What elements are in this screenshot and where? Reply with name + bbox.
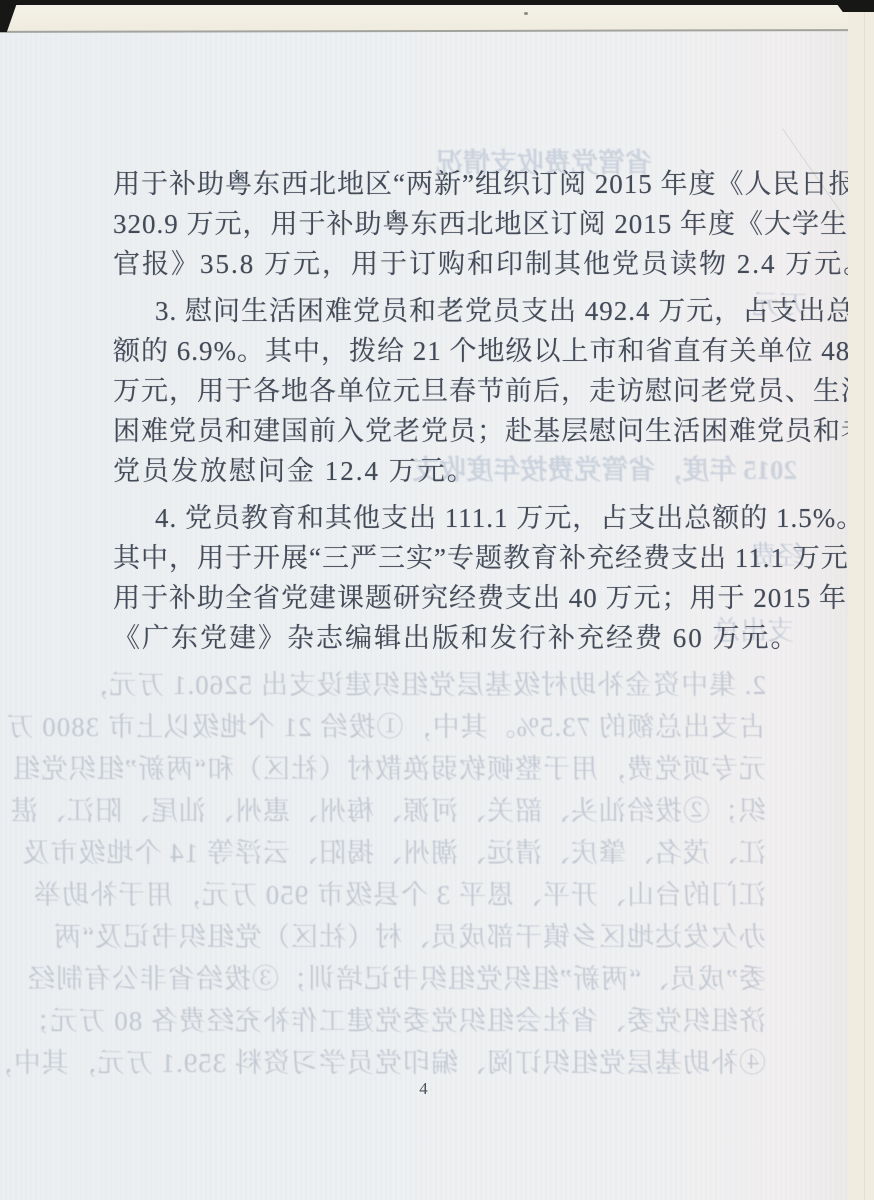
text-line: 党员发放慰问金 12.4 万元。	[113, 451, 763, 491]
text-line: 320.9 万元，用于补助粤东西北地区订阅 2015 年度《大学生村	[113, 204, 763, 244]
scanner-strip-fold-line	[864, 8, 865, 1200]
paragraph-item-3-consolation: 3. 慰问生活困难党员和老党员支出 492.4 万元，占支出总 额的 6.9%。…	[113, 291, 763, 491]
scan-background: 2. 集中资金补助村级基层党组织建设支出 5260.1 万元， 占支出总额的 7…	[0, 0, 874, 1200]
paragraph-subsidy-newspapers: 用于补助粤东西北地区“两新”组织订阅 2015 年度《人民日报》 320.9 万…	[113, 164, 763, 284]
body-text: 用于补助粤东西北地区“两新”组织订阅 2015 年度《人民日报》 320.9 万…	[113, 164, 763, 665]
scanner-background-strip-right	[848, 8, 874, 1200]
text-line: 用于补助全省党建课题研究经费支出 40 万元；用于 2015 年度	[113, 578, 763, 618]
bleed-through-block: 2. 集中资金补助村级基层党组织建设支出 5260.1 万元， 占支出总额的 7…	[104, 664, 766, 1084]
text-line: 官报》35.8 万元，用于订购和印制其他党员读物 2.4 万元。	[113, 244, 763, 284]
bleed-line: 济组织党委、省社会组织党委党建工作补充经费各 80 万元；	[104, 1000, 766, 1042]
paragraph-item-4-education: 4. 党员教育和其他支出 111.1 万元，占支出总额的 1.5%。 其中，用于…	[113, 498, 763, 658]
scanner-background-strip-top	[0, 5, 874, 31]
text-line: 用于补助粤东西北地区“两新”组织订阅 2015 年度《人民日报》	[113, 164, 763, 204]
text-line: 困难党员和建国前入党老党员；赴基层慰问生活困难党员和老	[113, 411, 763, 451]
scanned-document-page: { "document": { "page_number": "4", "par…	[0, 0, 874, 1200]
text-line: 4. 党员教育和其他支出 111.1 万元，占支出总额的 1.5%。	[113, 498, 763, 538]
paper-page: 2. 集中资金补助村级基层党组织建设支出 5260.1 万元， 占支出总额的 7…	[0, 31, 848, 1200]
scan-speck	[524, 12, 528, 15]
bleed-line: ④补助基层党组织订阅、编印党员学习资料 359.1 万元，其中，	[104, 1042, 766, 1084]
text-line: 万元，用于各地各单位元旦春节前后，走访慰问老党员、生活	[113, 371, 763, 411]
text-line: 3. 慰问生活困难党员和老党员支出 492.4 万元，占支出总	[113, 291, 763, 331]
text-line: 额的 6.9%。其中，拨给 21 个地级以上市和省直有关单位 480	[113, 331, 763, 371]
bleed-line: 江、茂名、肇庆、清远、潮州、揭阳、云浮等 14 个地级市及	[104, 832, 766, 874]
page-number: 4	[0, 1079, 848, 1099]
bleed-line: 占支出总额的 73.5%。其中，①拨给 21 个地级以上市 3800 万	[104, 706, 766, 748]
text-line: 其中，用于开展“三严三实”专题教育补充经费支出 11.1 万元；	[113, 538, 763, 578]
bleed-line: 委”成员、“两新”组织党组织书记培训；③拨给省非公有制经	[104, 958, 766, 1000]
text-line: 《广东党建》杂志编辑出版和发行补充经费 60 万元。	[113, 618, 763, 658]
bleed-line: 江门的台山、开平、恩平 3 个县级市 950 万元，用于补助举	[104, 874, 766, 916]
bleed-line: 2. 集中资金补助村级基层党组织建设支出 5260.1 万元，	[104, 664, 766, 706]
bleed-line: 织；②拨给汕头、韶关、河源、梅州、惠州、汕尾、阳江、湛	[104, 790, 766, 832]
bleed-line: 办欠发达地区乡镇干部成员、村（社区）党组织书记及“两	[104, 916, 766, 958]
scan-edge-top	[0, 0, 874, 5]
bleed-line: 元专项党费，用于整顿软弱涣散村（社区）和“两新”组织党组	[104, 748, 766, 790]
